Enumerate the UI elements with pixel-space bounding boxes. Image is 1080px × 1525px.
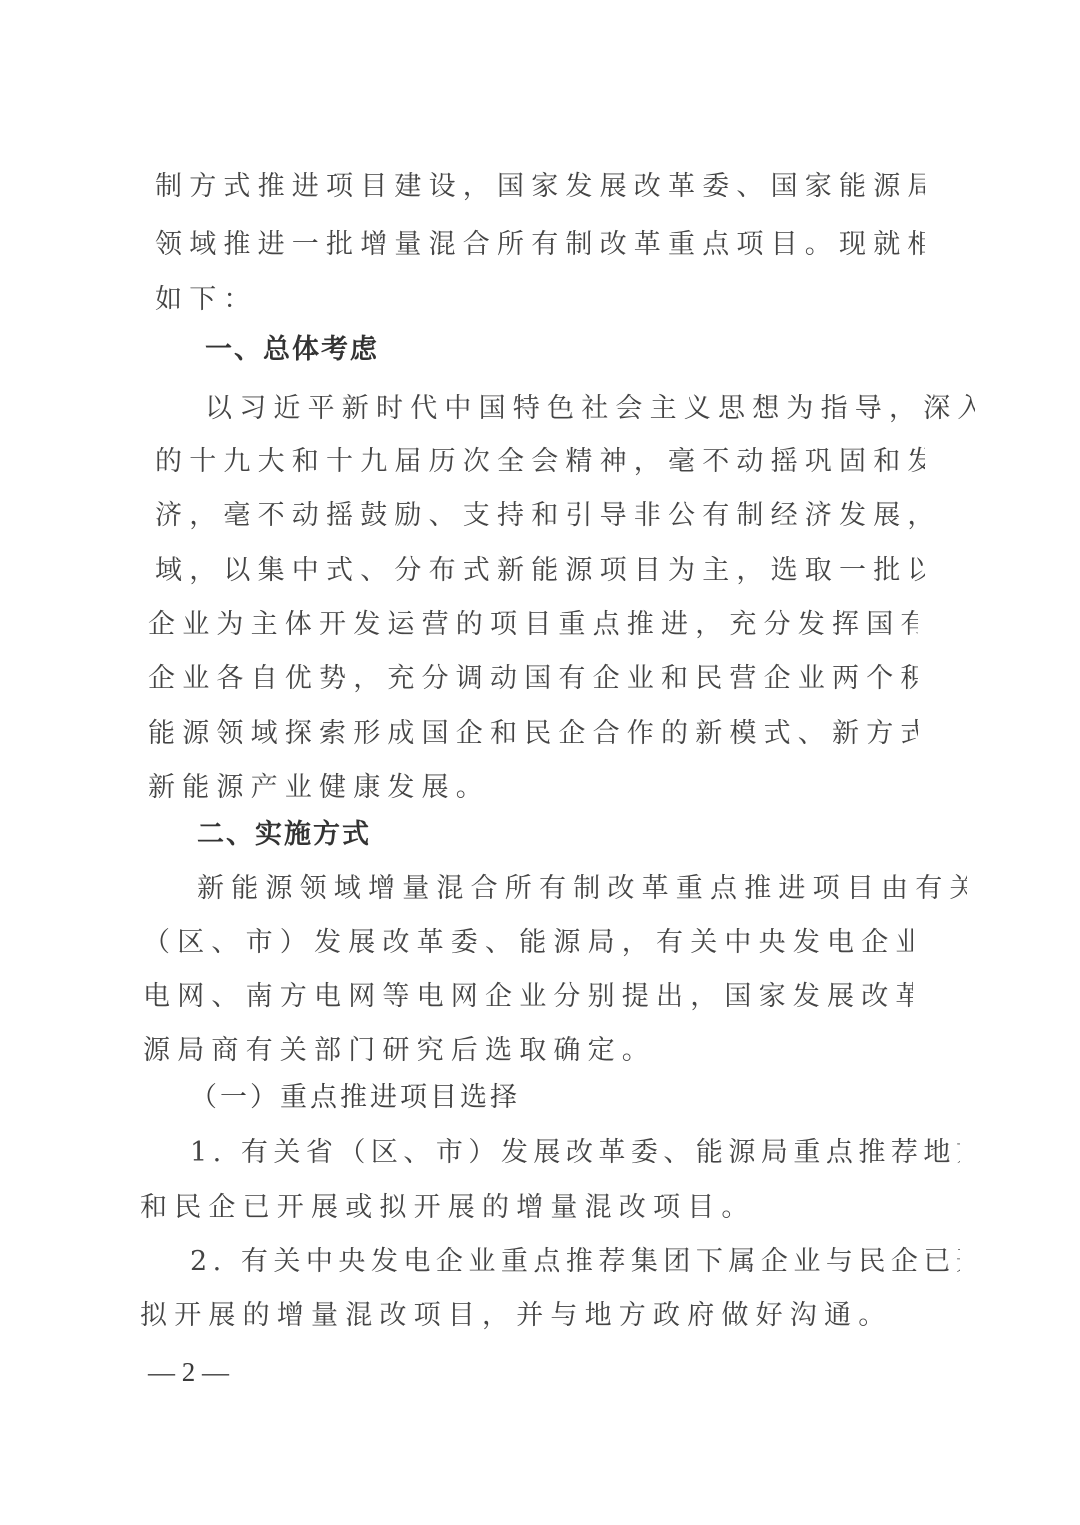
- paragraph-line: 制方式推进项目建设，国家发展改革委、国家能源局拟在新能源: [155, 170, 925, 204]
- section-heading-1: 一、总体考虑: [205, 333, 975, 367]
- paragraph-line: 新能源产业健康发展。: [148, 771, 918, 805]
- paragraph-line: 的十九大和十九届历次全会精神，毫不动摇巩固和发展公有制经: [155, 445, 925, 479]
- paragraph-line: 新能源领域增量混合所有制改革重点推进项目由有关省: [197, 872, 967, 906]
- section-heading-2: 二、实施方式: [197, 818, 967, 852]
- paragraph-line: 能源领域探索形成国企和民企合作的新模式、新方式，更好推动: [148, 717, 918, 751]
- document-page: 制方式推进项目建设，国家发展改革委、国家能源局拟在新能源 领域推进一批增量混合所…: [0, 0, 1080, 1525]
- paragraph-line: 济，毫不动摇鼓励、支持和引导非公有制经济发展，在新能源领: [155, 499, 925, 533]
- paragraph-line: （区、市）发展改革委、能源局，有关中央发电企业，以及国家: [143, 926, 913, 960]
- paragraph-line: 和民企已开展或拟开展的增量混改项目。: [140, 1191, 910, 1225]
- paragraph-line: 电网、南方电网等电网企业分别提出，国家发展改革委、国家能: [143, 980, 913, 1014]
- subsection-heading: （一）重点推进项目选择: [190, 1081, 960, 1115]
- paragraph-line: 拟开展的增量混改项目，并与地方政府做好沟通。: [140, 1299, 910, 1333]
- paragraph-line: 如下：: [155, 283, 925, 317]
- page-number: — 2 —: [148, 1357, 229, 1388]
- paragraph-line: 域，以集中式、分布式新能源项目为主，选取一批以混合所有制: [155, 554, 925, 588]
- list-item-1: 1. 有关省（区、市）发展改革委、能源局重点推荐地方国企: [190, 1136, 960, 1170]
- paragraph-line: 以习近平新时代中国特色社会主义思想为指导，深入贯彻党: [205, 392, 975, 426]
- paragraph-line: 领域推进一批增量混合所有制改革重点项目。现就相关事项通知: [155, 228, 925, 262]
- paragraph-line: 源局商有关部门研究后选取确定。: [143, 1034, 913, 1068]
- list-item-2: 2. 有关中央发电企业重点推荐集团下属企业与民企已开展或: [190, 1245, 960, 1279]
- paragraph-line: 企业各自优势，充分调动国有企业和民营企业两个积极性，在新: [148, 662, 918, 696]
- paragraph-line: 企业为主体开发运营的项目重点推进，充分发挥国有企业和民营: [148, 608, 918, 642]
